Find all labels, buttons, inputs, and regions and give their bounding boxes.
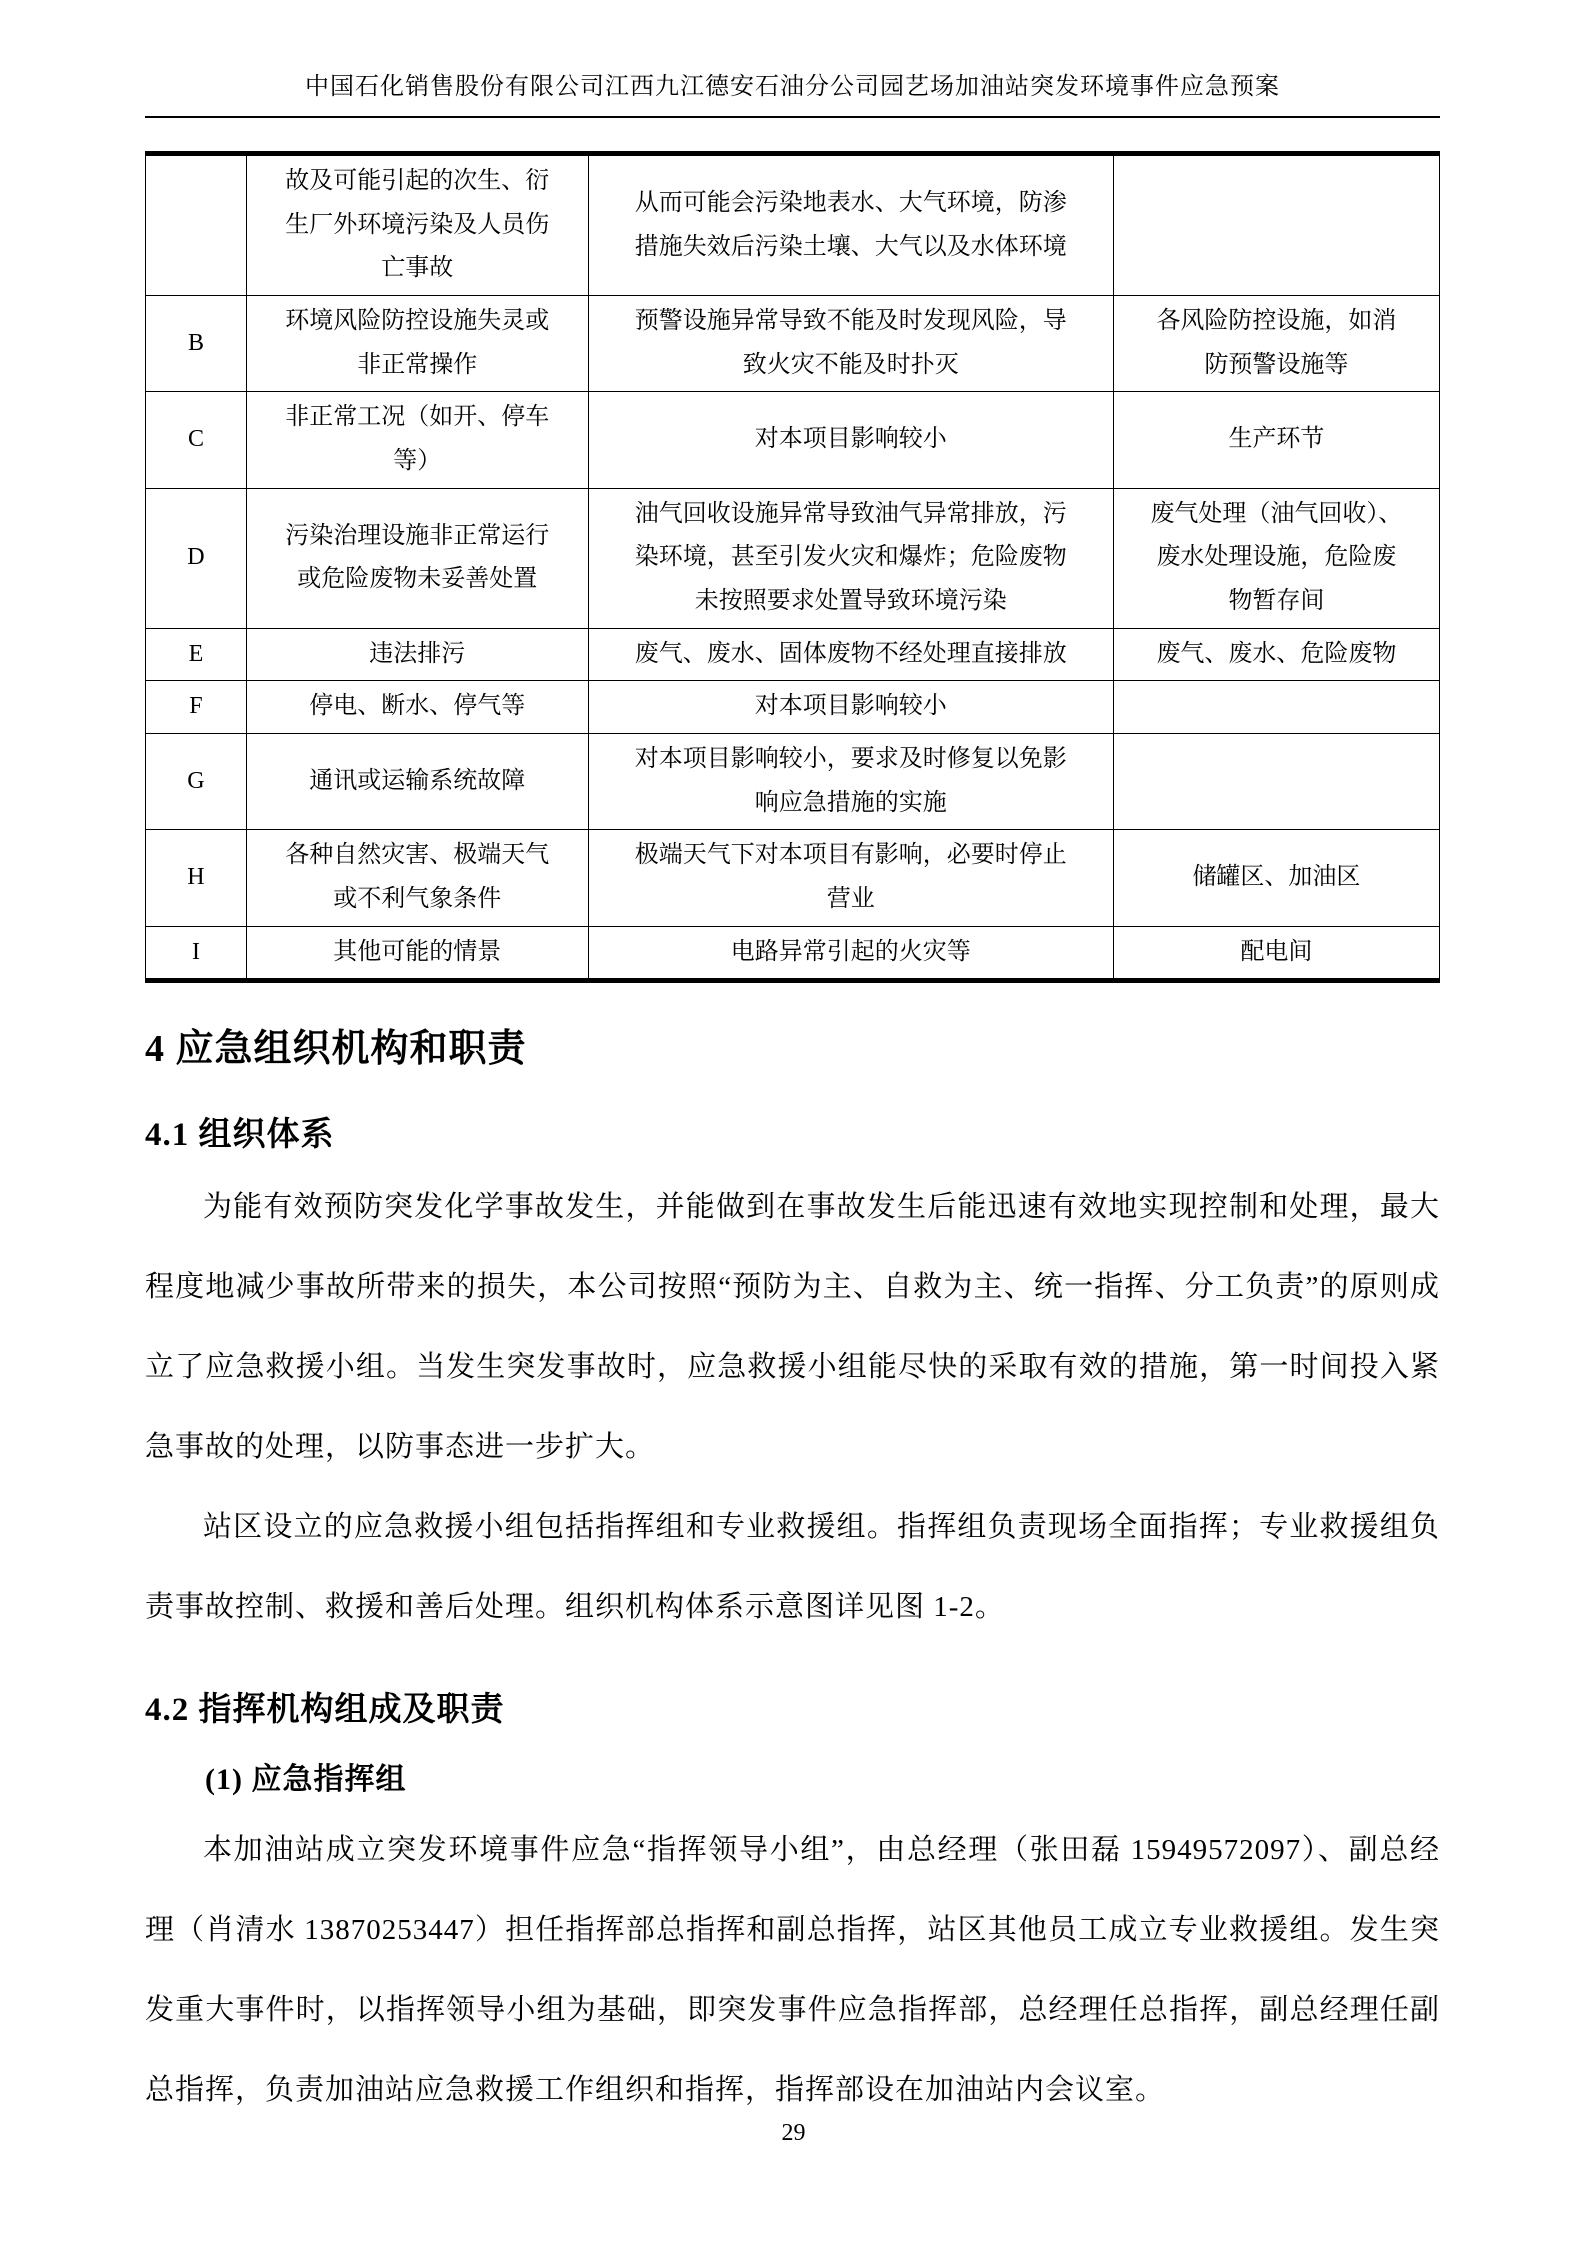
document-page: 中国石化销售股份有限公司江西九江德安石油分公司园艺场加油站突发环境事件应急预案 … [0, 0, 1587, 2245]
consequence-cell: 对本项目影响较小 [588, 681, 1113, 734]
row-label: I [146, 926, 247, 981]
scenario-cell: 污染治理设施非正常运行 或危险废物未妥善处置 [246, 488, 588, 628]
consequence-cell: 对本项目影响较小，要求及时修复以免影 响应急措施的实施 [588, 734, 1113, 830]
area-cell: 生产环节 [1113, 392, 1439, 488]
table-row: G 通讯或运输系统故障 对本项目影响较小，要求及时修复以免影 响应急措施的实施 [146, 734, 1440, 830]
consequence-cell: 油气回收设施异常导致油气异常排放，污 染环境，甚至引发火灾和爆炸；危险废物 未按… [588, 488, 1113, 628]
page-header: 中国石化销售股份有限公司江西九江德安石油分公司园艺场加油站突发环境事件应急预案 [145, 0, 1440, 102]
table-row: C 非正常工况（如开、停车 等） 对本项目影响较小 生产环节 [146, 392, 1440, 488]
table-row: B 环境风险防控设施失灵或 非正常操作 预警设施异常导致不能及时发现风险，导 致… [146, 296, 1440, 392]
row-label: G [146, 734, 247, 830]
scenario-cell: 故及可能引起的次生、衍 生厂外环境污染及人员伤 亡事故 [246, 154, 588, 296]
scenario-cell: 违法排污 [246, 628, 588, 681]
scenario-cell: 各种自然灾害、极端天气 或不利气象条件 [246, 830, 588, 926]
table-row: I 其他可能的情景 电路异常引起的火灾等 配电间 [146, 926, 1440, 981]
area-cell: 废气处理（油气回收）、 废水处理设施，危险废 物暂存间 [1113, 488, 1439, 628]
page-number: 29 [0, 2120, 1587, 2147]
row-label: D [146, 488, 247, 628]
row-label: H [146, 830, 247, 926]
area-cell: 配电间 [1113, 926, 1439, 981]
scenario-cell: 环境风险防控设施失灵或 非正常操作 [246, 296, 588, 392]
area-cell [1113, 154, 1439, 296]
area-cell [1113, 681, 1439, 734]
consequence-cell: 电路异常引起的火灾等 [588, 926, 1113, 981]
table-row: E 违法排污 废气、废水、固体废物不经处理直接排放 废气、废水、危险废物 [146, 628, 1440, 681]
consequence-cell: 废气、废水、固体废物不经处理直接排放 [588, 628, 1113, 681]
area-cell: 废气、废水、危险废物 [1113, 628, 1439, 681]
section-4-1-heading: 4.1 组织体系 [145, 1108, 1440, 1155]
section-4-2-heading: 4.2 指挥机构组成及职责 [145, 1683, 1440, 1730]
row-label: F [146, 681, 247, 734]
paragraph-organization-2: 站区设立的应急救援小组包括指挥组和专业救援组。指挥组负责现场全面指挥；专业救援组… [145, 1487, 1440, 1647]
section-4-heading: 4 应急组织机构和职责 [145, 1017, 1440, 1072]
scenario-cell: 通讯或运输系统故障 [246, 734, 588, 830]
table-row: D 污染治理设施非正常运行 或危险废物未妥善处置 油气回收设施异常导致油气异常排… [146, 488, 1440, 628]
area-cell: 各风险防控设施，如消 防预警设施等 [1113, 296, 1439, 392]
row-label: B [146, 296, 247, 392]
consequence-cell: 预警设施异常导致不能及时发现风险，导 致火灾不能及时扑灭 [588, 296, 1113, 392]
consequence-cell: 对本项目影响较小 [588, 392, 1113, 488]
table-row: 故及可能引起的次生、衍 生厂外环境污染及人员伤 亡事故 从而可能会污染地表水、大… [146, 154, 1440, 296]
row-label: C [146, 392, 247, 488]
paragraph-command-group: 本加油站成立突发环境事件应急“指挥领导小组”，由总经理（张田磊 15949572… [145, 1810, 1440, 2130]
scenario-cell: 停电、断水、停气等 [246, 681, 588, 734]
row-label: E [146, 628, 247, 681]
paragraph-organization-1: 为能有效预防突发化学事故发生，并能做到在事故发生后能迅速有效地实现控制和处理，最… [145, 1167, 1440, 1487]
table-row: H 各种自然灾害、极端天气 或不利气象条件 极端天气下对本项目有影响，必要时停止… [146, 830, 1440, 926]
area-cell: 储罐区、加油区 [1113, 830, 1439, 926]
scenario-cell: 其他可能的情景 [246, 926, 588, 981]
table-row: F 停电、断水、停气等 对本项目影响较小 [146, 681, 1440, 734]
row-label [146, 154, 247, 296]
subsection-command-group-heading: (1) 应急指挥组 [145, 1754, 1440, 1798]
scenario-cell: 非正常工况（如开、停车 等） [246, 392, 588, 488]
consequence-cell: 从而可能会污染地表水、大气环境，防渗 措施失效后污染土壤、大气以及水体环境 [588, 154, 1113, 296]
risk-scenario-table: 故及可能引起的次生、衍 生厂外环境污染及人员伤 亡事故 从而可能会污染地表水、大… [145, 151, 1440, 983]
header-rule [145, 116, 1440, 118]
area-cell [1113, 734, 1439, 830]
consequence-cell: 极端天气下对本项目有影响，必要时停止 营业 [588, 830, 1113, 926]
